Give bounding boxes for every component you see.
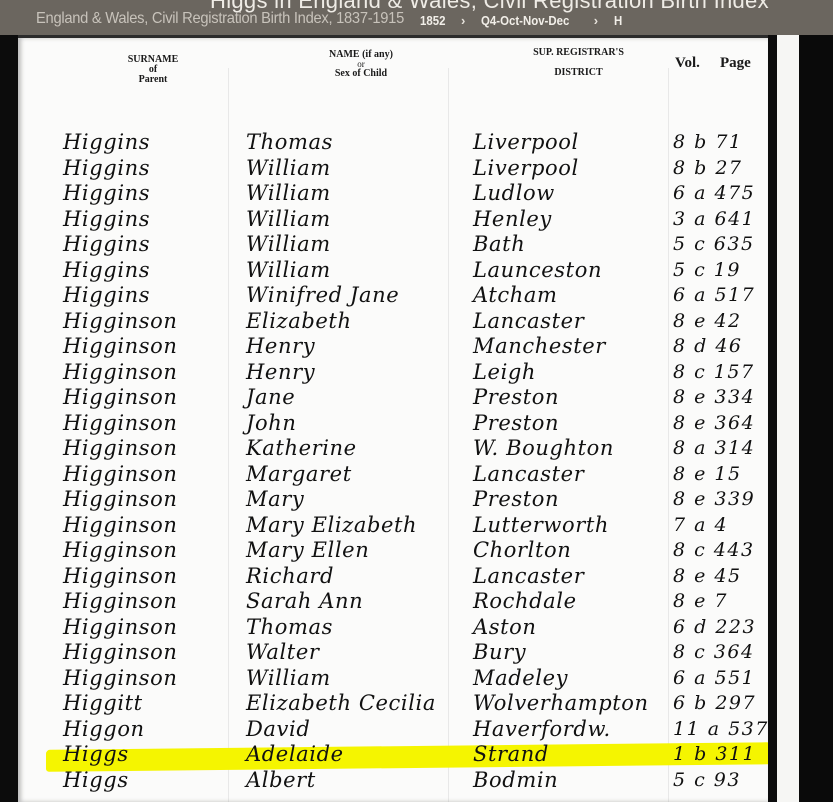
entry-volume-page: 5 c 635 — [673, 232, 755, 257]
entry-district: Lutterworth — [473, 513, 609, 538]
header-district: SUP. REGISTRAR'S DISTRICT — [516, 48, 641, 78]
entry-row[interactable]: HigginsWilliamLiverpool8 b 27 — [18, 156, 768, 182]
entry-volume-page: 8 e 42 — [673, 309, 742, 334]
entry-surname: Higginson — [63, 436, 178, 461]
entry-volume-page: 11 a 537 — [673, 717, 769, 742]
entry-district: Leigh — [473, 360, 536, 385]
entry-district: Liverpool — [473, 130, 579, 155]
entry-district: Manchester — [473, 334, 606, 359]
entry-district: Lancaster — [473, 564, 584, 589]
entry-surname: Higginson — [63, 564, 178, 589]
entry-given-name: Margaret — [246, 462, 352, 487]
entry-volume-page: 8 c 364 — [673, 640, 755, 665]
entry-given-name: Elizabeth — [246, 309, 352, 334]
entry-row[interactable]: HigginsonHenryManchester8 d 46 — [18, 334, 768, 360]
entry-given-name: William — [246, 232, 331, 257]
entry-district: Rochdale — [473, 589, 577, 614]
entry-row[interactable]: HigginsonWalterBury8 c 364 — [18, 640, 768, 666]
entry-volume-page: 8 b 27 — [673, 156, 743, 181]
entry-row[interactable]: HigginsWilliamBath5 c 635 — [18, 232, 768, 258]
entry-district: Bodmin — [473, 768, 558, 793]
entry-surname: Higginson — [63, 309, 178, 334]
entry-volume-page: 8 e 334 — [673, 385, 755, 410]
entry-surname: Higginson — [63, 513, 178, 538]
entry-row[interactable]: HigginsonMargaretLancaster8 e 15 — [18, 462, 768, 488]
entry-surname: Higginson — [63, 334, 178, 359]
entry-volume-page: 6 d 223 — [673, 615, 756, 640]
entry-district: Wolverhampton — [473, 691, 649, 716]
entry-given-name: Walter — [246, 640, 320, 665]
page-left-edge — [0, 35, 20, 802]
entry-surname: Higgs — [63, 742, 129, 767]
entry-volume-page: 5 c 19 — [673, 258, 741, 283]
entry-volume-page: 8 e 339 — [673, 487, 755, 512]
entry-district: Bath — [473, 232, 525, 257]
entry-district: Atcham — [473, 283, 558, 308]
entry-surname: Higginson — [63, 360, 178, 385]
entry-district: Bury — [473, 640, 526, 665]
entry-district: Liverpool — [473, 156, 579, 181]
entry-volume-page: 1 b 311 — [673, 742, 756, 767]
entry-list: HigginsThomasLiverpool8 b 71HigginsWilli… — [18, 130, 768, 793]
index-page: SURNAME of Parent NAME (if any) or Sex o… — [18, 35, 768, 802]
entry-surname: Higgins — [63, 181, 150, 206]
entry-district: Chorlton — [473, 538, 571, 563]
entry-district: Preston — [473, 487, 559, 512]
entry-given-name: William — [246, 181, 331, 206]
entry-volume-page: 8 c 443 — [673, 538, 755, 563]
entry-row[interactable]: HigginsonJanePreston8 e 334 — [18, 385, 768, 411]
entry-surname: Higgins — [63, 130, 150, 155]
page-margin — [777, 35, 799, 802]
entry-row[interactable]: HigginsWinifred JaneAtcham6 a 517 — [18, 283, 768, 309]
entry-district: Haverfordw. — [473, 717, 611, 742]
entry-given-name: Thomas — [246, 130, 333, 155]
entry-surname: Higginson — [63, 538, 178, 563]
entry-given-name: Elizabeth Cecilia — [246, 691, 436, 716]
entry-volume-page: 8 e 364 — [673, 411, 755, 436]
entry-given-name: Adelaide — [246, 742, 344, 767]
entry-surname: Higginson — [63, 385, 178, 410]
record-image-viewer: Higgs in England & Wales, Civil Registra… — [0, 0, 833, 802]
header-name: NAME (if any) or Sex of Child — [316, 50, 406, 79]
entry-volume-page: 3 a 641 — [673, 207, 755, 232]
entry-row[interactable]: HigginsonMary ElizabethLutterworth7 a 4 — [18, 513, 768, 539]
scanned-page-area[interactable]: SURNAME of Parent NAME (if any) or Sex o… — [0, 35, 833, 802]
entry-district: Strand — [473, 742, 549, 767]
entry-district: Preston — [473, 385, 559, 410]
page-right-edge — [799, 35, 833, 802]
entry-volume-page: 8 a 314 — [673, 436, 755, 461]
entry-row[interactable]: HigginsonSarah AnnRochdale8 e 7 — [18, 589, 768, 615]
entry-given-name: Henry — [246, 334, 315, 359]
entry-row[interactable]: HiggonDavidHaverfordw.11 a 537 — [18, 717, 768, 743]
entry-district: Lancaster — [473, 309, 584, 334]
entry-volume-page: 8 d 46 — [673, 334, 743, 359]
breadcrumb-letter[interactable]: H — [614, 13, 622, 28]
entry-row[interactable]: HigginsonHenryLeigh8 c 157 — [18, 360, 768, 386]
entry-given-name: Albert — [246, 768, 316, 793]
entry-row[interactable]: HiggittElizabeth CeciliaWolverhampton6 b… — [18, 691, 768, 717]
collection-title[interactable]: England & Wales, Civil Registration Birt… — [36, 10, 404, 28]
entry-given-name: Sarah Ann — [246, 589, 363, 614]
entry-row[interactable]: HigginsonThomasAston6 d 223 — [18, 615, 768, 641]
entry-surname: Higginson — [63, 640, 178, 665]
entry-surname: Higgon — [63, 717, 145, 742]
entry-given-name: Mary Ellen — [246, 538, 369, 563]
entry-given-name: William — [246, 156, 331, 181]
entry-district: Ludlow — [473, 181, 555, 206]
entry-surname: Higgins — [63, 207, 150, 232]
entry-surname: Higginson — [63, 487, 178, 512]
entry-volume-page: 5 c 93 — [673, 768, 741, 793]
entry-given-name: Katherine — [246, 436, 357, 461]
entry-surname: Higgins — [63, 258, 150, 283]
entry-surname: Higgs — [63, 768, 129, 793]
entry-given-name: John — [246, 411, 297, 436]
entry-volume-page: 6 a 475 — [673, 181, 755, 206]
breadcrumb: 1852 › Q4-Oct-Nov-Dec › H — [420, 13, 623, 28]
entry-surname: Higgins — [63, 232, 150, 257]
entry-volume-page: 6 a 551 — [673, 666, 755, 691]
entry-row[interactable]: HigginsWilliamLudlow6 a 475 — [18, 181, 768, 207]
header-page: Page — [720, 56, 751, 71]
entry-given-name: Mary Elizabeth — [246, 513, 417, 538]
entry-row[interactable]: HigginsonKatherineW. Boughton8 a 314 — [18, 436, 768, 462]
entry-district: Henley — [473, 207, 552, 232]
entry-volume-page: 6 a 517 — [673, 283, 755, 308]
entry-district: Preston — [473, 411, 559, 436]
entry-volume-page: 6 b 297 — [673, 691, 756, 716]
highlighted-entry-row[interactable]: HiggsAdelaideStrand1 b 311 — [18, 742, 768, 768]
entry-given-name: William — [246, 207, 331, 232]
entry-volume-page: 7 a 4 — [673, 513, 728, 538]
entry-row[interactable]: HigginsWilliamHenley3 a 641 — [18, 207, 768, 233]
entry-given-name: Mary — [246, 487, 304, 512]
entry-volume-page: 8 e 15 — [673, 462, 742, 487]
entry-volume-page: 8 e 7 — [673, 589, 728, 614]
entry-row[interactable]: HigginsonWilliamMadeley6 a 551 — [18, 666, 768, 692]
entry-surname: Higgins — [63, 283, 150, 308]
entry-row[interactable]: HigginsWilliamLaunceston5 c 19 — [18, 258, 768, 284]
entry-surname: Higginson — [63, 411, 178, 436]
entry-surname: Higgitt — [63, 691, 143, 716]
entry-volume-page: 8 e 45 — [673, 564, 742, 589]
header-vol: Vol. — [675, 56, 700, 71]
entry-row[interactable]: HigginsonRichardLancaster8 e 45 — [18, 564, 768, 590]
chevron-right-icon: › — [594, 13, 598, 28]
page-binding-rule — [768, 35, 777, 802]
chevron-right-icon: › — [461, 13, 465, 28]
entry-row[interactable]: HiggsAlbertBodmin5 c 93 — [18, 768, 768, 794]
entry-volume-page: 8 b 71 — [673, 130, 743, 155]
entry-given-name: Winifred Jane — [246, 283, 399, 308]
entry-row[interactable]: HigginsThomasLiverpool8 b 71 — [18, 130, 768, 156]
entry-surname: Higginson — [63, 462, 178, 487]
entry-district: Aston — [473, 615, 537, 640]
entry-surname: Higginson — [63, 666, 178, 691]
entry-district: Lancaster — [473, 462, 584, 487]
entry-given-name: Jane — [246, 385, 295, 410]
header-surname: SURNAME of Parent — [118, 55, 188, 85]
entry-surname: Higgins — [63, 156, 150, 181]
entry-district: W. Boughton — [473, 436, 614, 461]
entry-given-name: David — [246, 717, 310, 742]
entry-row[interactable]: HigginsonElizabethLancaster8 e 42 — [18, 309, 768, 335]
entry-given-name: Thomas — [246, 615, 333, 640]
viewer-top-bar: Higgs in England & Wales, Civil Registra… — [0, 0, 833, 35]
entry-surname: Higginson — [63, 589, 178, 614]
entry-given-name: William — [246, 258, 331, 283]
entry-district: Madeley — [473, 666, 568, 691]
entry-given-name: Henry — [246, 360, 315, 385]
breadcrumb-quarter[interactable]: Q4-Oct-Nov-Dec — [481, 13, 569, 28]
entry-given-name: William — [246, 666, 331, 691]
entry-given-name: Richard — [246, 564, 334, 589]
entry-volume-page: 8 c 157 — [673, 360, 755, 385]
entry-row[interactable]: HigginsonMary EllenChorlton8 c 443 — [18, 538, 768, 564]
entry-surname: Higginson — [63, 615, 178, 640]
entry-row[interactable]: HigginsonMaryPreston8 e 339 — [18, 487, 768, 513]
breadcrumb-year[interactable]: 1852 — [420, 13, 445, 28]
entry-district: Launceston — [473, 258, 602, 283]
entry-row[interactable]: HigginsonJohnPreston8 e 364 — [18, 411, 768, 437]
